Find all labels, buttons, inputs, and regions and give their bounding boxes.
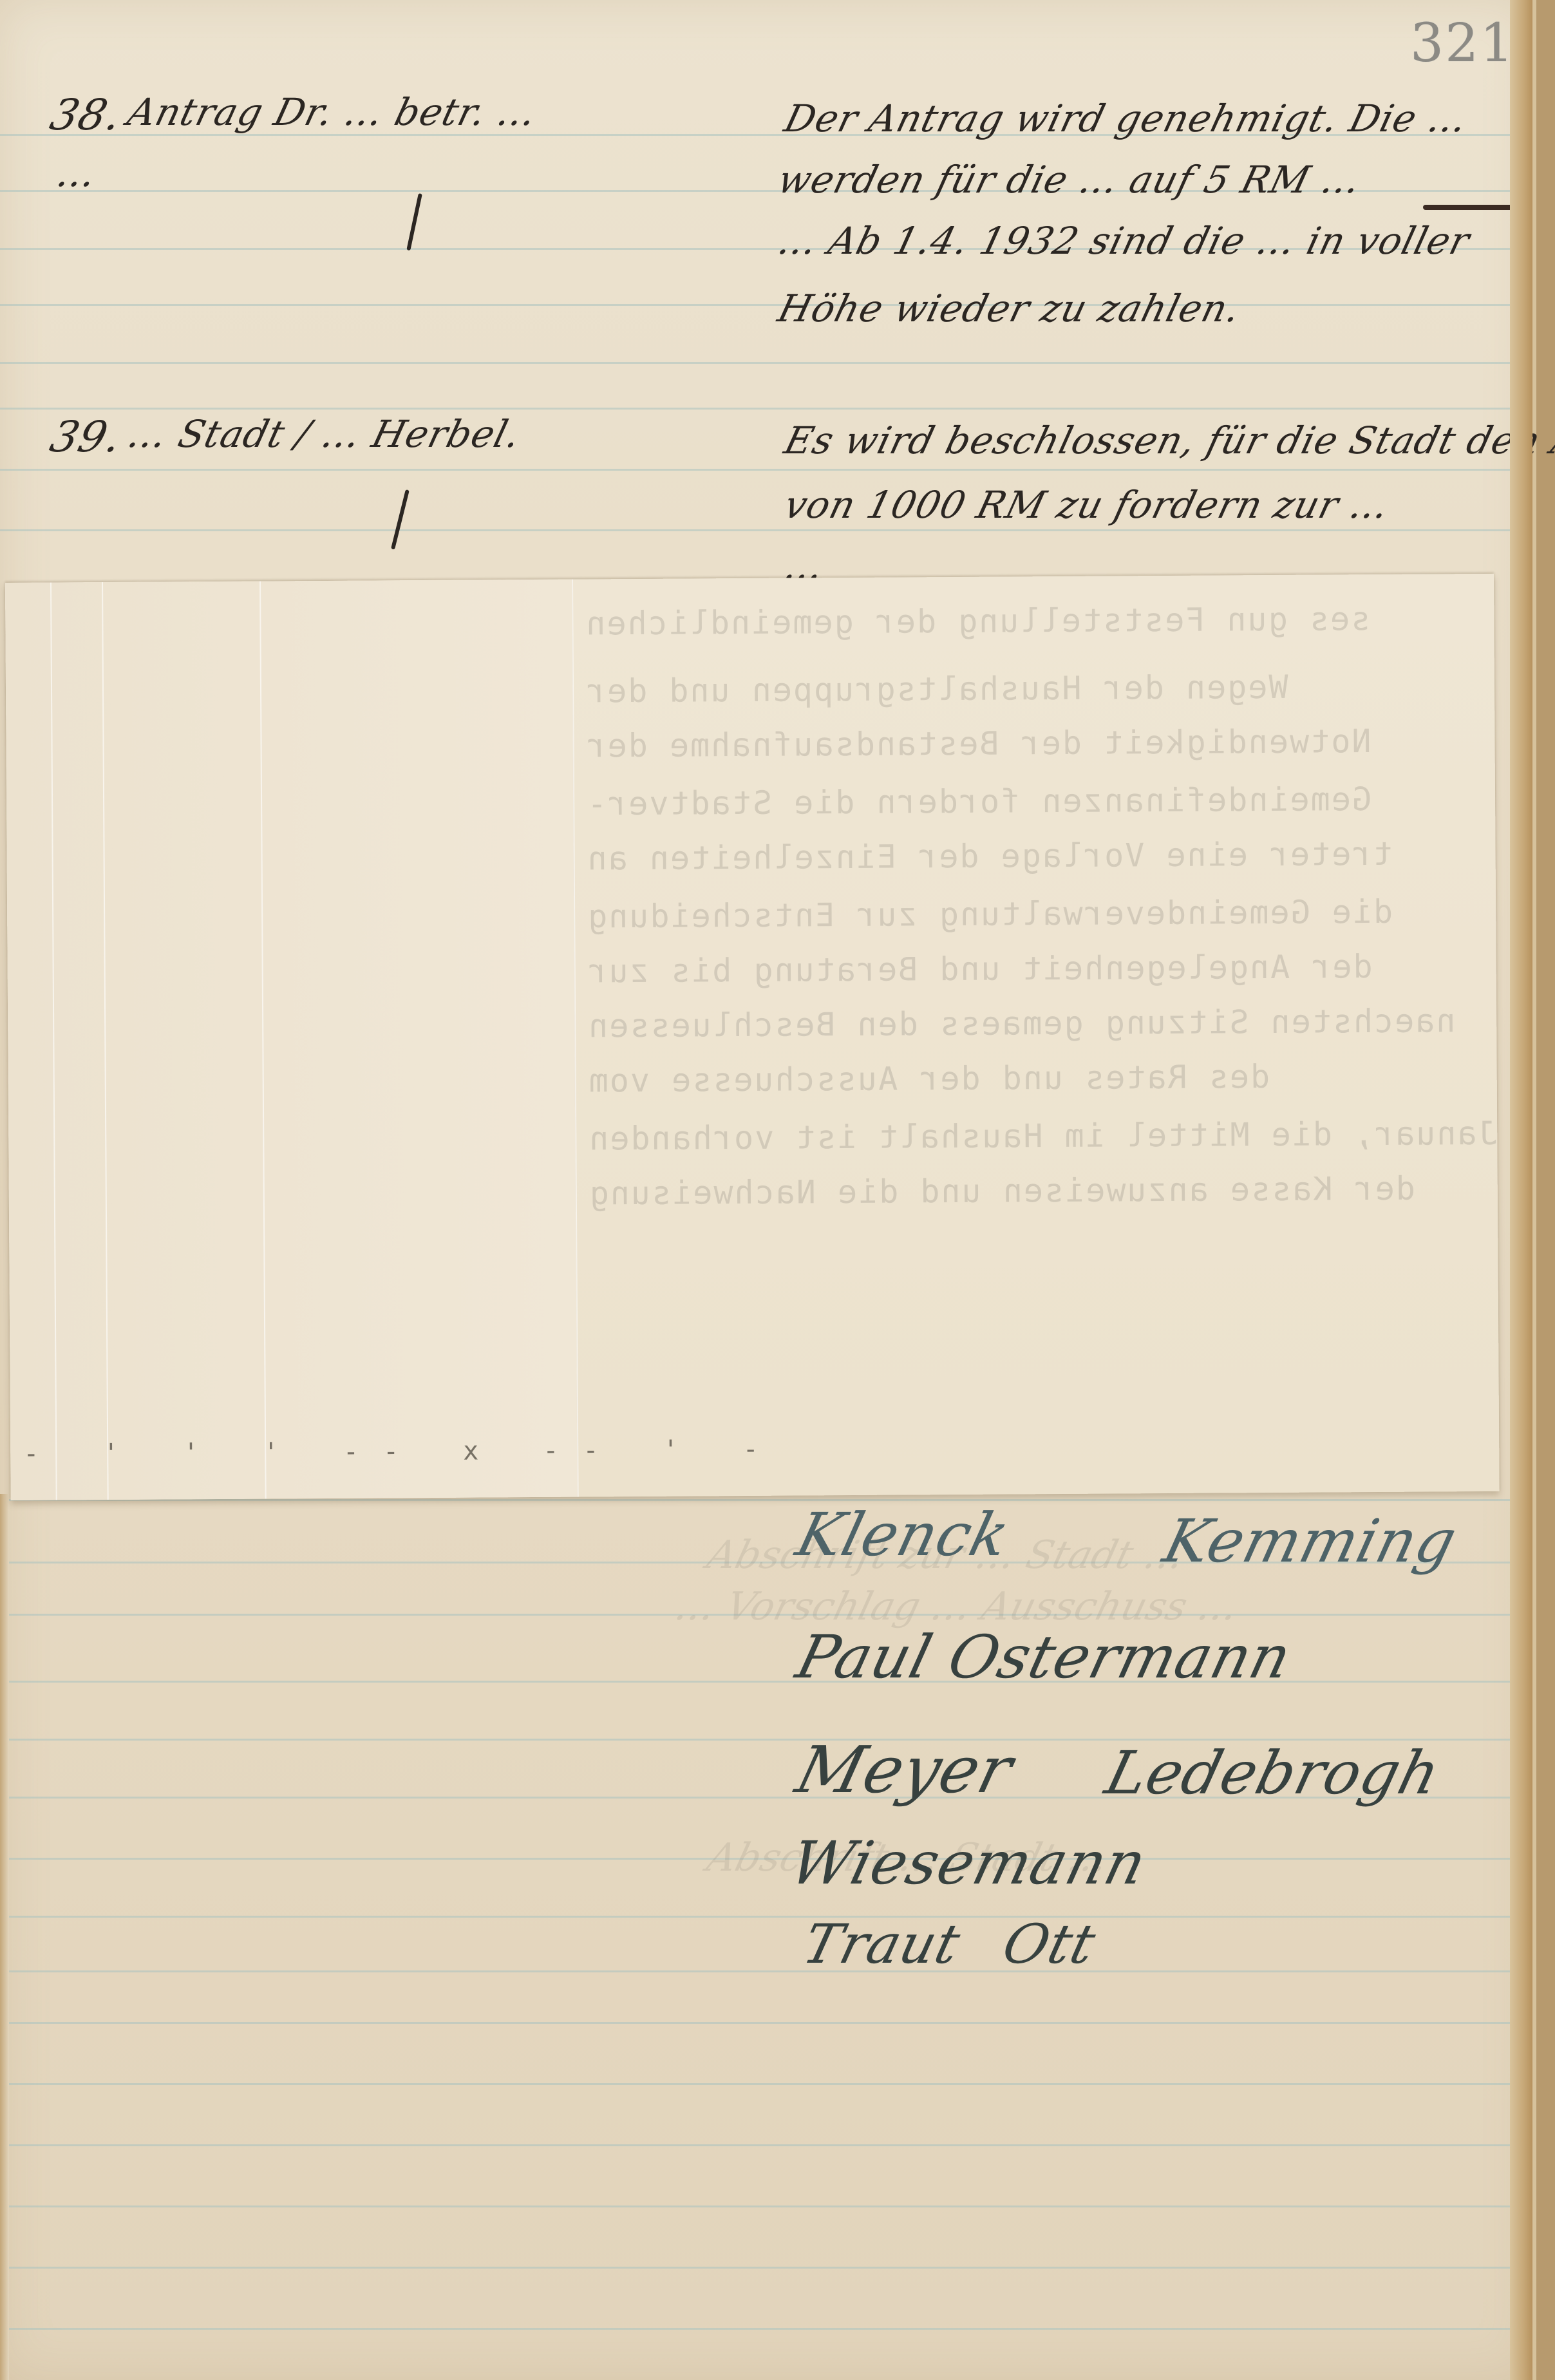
decision-line: von 1000 RM zu fordern zur … [780, 483, 1394, 527]
ruling-line [0, 1970, 1532, 1972]
bleed-through-line: der Angelegenheit und Beratung bis zur [587, 948, 1373, 990]
page-number: 321 [1410, 13, 1515, 74]
checkmark-icon [391, 489, 410, 550]
bleed-through-line: Wegen der Haushaltsgruppen und der [585, 668, 1288, 710]
ruling-line [0, 1681, 1532, 1683]
bleed-through-line: treter eine Vorlage der Einzelheiten an [586, 835, 1392, 878]
signature: Wiesemann [784, 1829, 1154, 1898]
ruling-line [0, 2205, 1532, 2207]
decision-line: Es wird beschlossen, für die Stadt den A… [780, 419, 1555, 462]
entry-subject: Antrag Dr. … betr. … [124, 90, 542, 134]
entry-number: 38. [45, 90, 127, 140]
bleed-through-line: Januar, die Mittel im Haushalt ist vorha… [588, 1115, 1498, 1158]
binding-edge [0, 1494, 9, 2380]
strikethrough-mark [1423, 205, 1513, 210]
decision-line: … Ab 1.4. 1932 sind die … in voller [774, 219, 1475, 263]
ruling-line [0, 2144, 1532, 2146]
signature: Meyer [789, 1732, 1020, 1808]
ruling-line [0, 408, 1532, 410]
bleed-through-line: Notwendigkeit der Bestandsaufnahme der [585, 722, 1371, 764]
bleed-through-line: die Gemeindeverwaltung zur Entscheidung [587, 893, 1393, 936]
typed-tick-marks: - ' ' ' -- x -- ' - [23, 1435, 783, 1469]
signature: Ledebrogh [1099, 1739, 1447, 1808]
ruling-line [0, 469, 1532, 471]
checkmark-icon [406, 193, 422, 250]
page-edge [1510, 0, 1532, 2380]
ruling-line [0, 2022, 1532, 2024]
bleed-through-line: Gemeindefinanzen fordern die Stadtver- [586, 780, 1371, 822]
signature: Traut [797, 1912, 967, 1976]
ruling-line [0, 2083, 1532, 2085]
signature: Klenck [790, 1500, 1017, 1569]
bleed-through-line: naechsten Sitzung gemaess den Beschluess… [587, 1002, 1456, 1044]
entry-subject: … [53, 151, 102, 195]
bleed-through-line: des Rates und der Ausschuesse vom [588, 1058, 1270, 1099]
entry-number: 39. [45, 412, 127, 462]
pasted-typed-sheet: ses gun Feststellung der gemeindlichen W… [5, 574, 1500, 1500]
ruling-line [0, 1916, 1532, 1918]
bleed-through-line: ses gun Feststellung der gemeindlichen [585, 600, 1370, 642]
decision-line: Der Antrag wird genehmigt. Die … [780, 97, 1473, 140]
ruling-line [0, 2328, 1532, 2330]
ruling-line [0, 362, 1532, 364]
entry-subject: … Stadt / … Herbel. [124, 412, 525, 456]
signature: Paul Ostermann [790, 1623, 1299, 1692]
bleed-through-line: der Kasse anzuweisen und die Nachweisung [589, 1170, 1415, 1213]
ruling-line [0, 1499, 1532, 1501]
signature: Kemming [1157, 1507, 1464, 1576]
decision-line: Höhe wieder zu zahlen. [774, 287, 1245, 330]
ruling-line [0, 2267, 1532, 2269]
signature: Ott [997, 1912, 1102, 1976]
sheet-blank-panel [5, 580, 578, 1500]
ruling-line [0, 529, 1532, 531]
decision-line: werden für die … auf 5 RM … [774, 158, 1366, 202]
ruling-line [0, 304, 1532, 306]
